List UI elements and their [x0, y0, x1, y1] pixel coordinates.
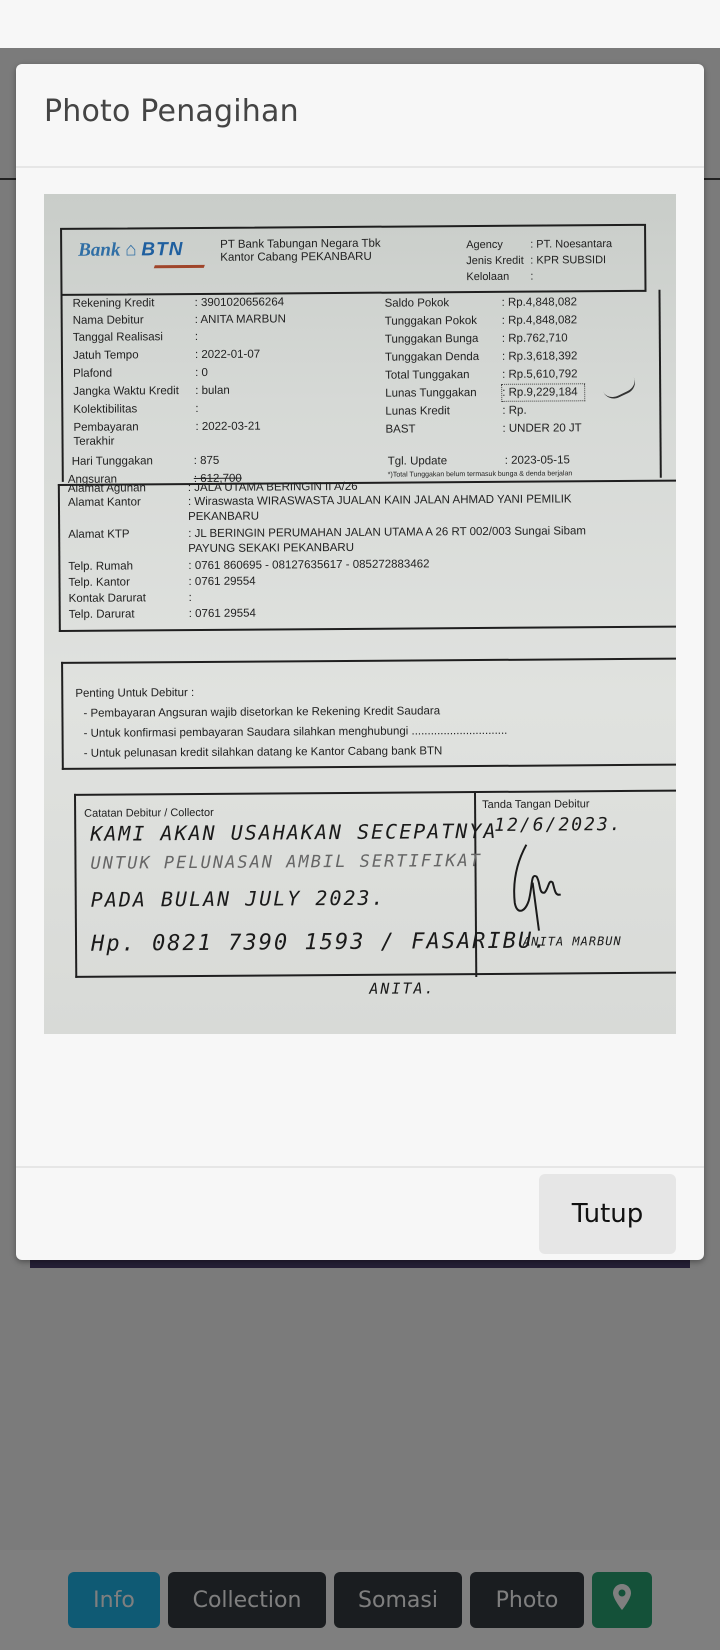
field-label: Plafond: [73, 367, 195, 380]
agency-value: : PT. Noesantara: [530, 238, 612, 251]
modal-header: Photo Penagihan: [16, 64, 704, 168]
handwritten-note-line: UNTUK PELUNASAN AMBIL SERTIFIKAT: [90, 851, 482, 874]
signature-date: 12/6/2023.: [494, 814, 623, 836]
footnote: *)Total Tunggakan belum termasuk bunga &…: [388, 470, 573, 478]
field-label: Kontak Darurat: [69, 591, 189, 607]
handwritten-note-line: KAMI AKAN USAHAKAN SECEPATNYA: [90, 819, 497, 846]
field-value: : 2023-05-15: [505, 454, 570, 466]
field-value: :: [195, 331, 198, 343]
field-label: Jatuh Tempo: [73, 349, 195, 362]
field-label: Telp. Rumah: [68, 559, 188, 575]
modal-title: Photo Penagihan: [44, 94, 676, 129]
checkmark-icon: [601, 374, 639, 403]
notes-signature-section: Catatan Debitur / Collector Tanda Tangan…: [74, 790, 676, 978]
field-value: : Rp.762,710: [502, 332, 568, 344]
field-label: Tunggakan Pokok: [385, 315, 502, 328]
bank-name-line: PT Bank Tabungan Negara Tbk: [220, 238, 381, 252]
field-label: Lunas Kredit: [385, 405, 502, 418]
agency-label: Agency: [466, 237, 530, 253]
loan-info: Rekening Kredit: 3901020656264 Nama Debi…: [61, 290, 662, 482]
field-value: :: [195, 403, 198, 415]
field-value: : Rp.4,848,082: [502, 314, 578, 327]
field-label: Terakhir: [73, 435, 195, 448]
field-value: : 3901020656264: [195, 296, 285, 309]
jenis-kredit-label: Jenis Kredit: [466, 253, 530, 269]
field-label: Nama Debitur: [73, 314, 195, 327]
field-value: : 875: [194, 455, 220, 467]
logo-bank-text: Bank: [78, 240, 120, 261]
catatan-label: Catatan Debitur / Collector: [84, 807, 214, 820]
branch-line: Kantor Cabang PEKANBARU: [220, 251, 381, 265]
kelolaan-label: Kelolaan: [466, 269, 530, 285]
handwritten-note-line: PADA BULAN JULY 2023.: [91, 886, 386, 912]
field-label: Telp. Darurat: [69, 607, 189, 623]
field-label: Saldo Pokok: [385, 297, 502, 310]
app-top-bar: [0, 0, 720, 48]
collection-photo: Bank ⌂ BTN PT Bank Tabungan Negara Tbk K…: [44, 194, 676, 1034]
field-label: Lunas Tunggakan: [385, 387, 502, 400]
close-button[interactable]: Tutup: [539, 1174, 676, 1254]
debtor-notice: Penting Untuk Debitur : - Pembayaran Ang…: [61, 658, 676, 770]
field-value: : ANITA MARBUN: [195, 313, 286, 326]
field-value: : Rp.3,618,392: [502, 350, 578, 363]
logo-swoosh: [154, 265, 205, 268]
jenis-kredit-value: : KPR SUBSIDI: [530, 254, 606, 267]
bank-name: PT Bank Tabungan Negara Tbk Kantor Caban…: [220, 238, 381, 265]
field-value: : Rp.4,848,082: [502, 296, 578, 309]
field-label: Alamat KTP: [68, 527, 188, 543]
field-value: : Wiraswasta WIRASWASTA JUALAN KAIN JALA…: [188, 492, 608, 525]
field-label: Rekening Kredit: [73, 297, 195, 310]
photo-modal: Photo Penagihan Bank ⌂ BTN PT Bank Tabun…: [16, 64, 704, 1260]
kelolaan-value: :: [530, 271, 533, 283]
signature-icon: [508, 842, 579, 932]
field-value: : 0761 29554: [188, 572, 608, 590]
field-value: : bulan: [195, 385, 230, 397]
logo-btn-text: BTN: [141, 239, 183, 260]
header-meta: Agency: PT. Noesantara Jenis Kredit: KPR…: [466, 236, 612, 285]
highlight-box: [501, 383, 585, 402]
field-value: : 0761 860695 - 08127635617 - 0852728834…: [188, 556, 608, 574]
field-label: Alamat Kantor: [68, 495, 188, 511]
field-value: : Rp.5,610,792: [502, 368, 578, 381]
field-label: Telp. Kantor: [68, 575, 188, 591]
field-label: Tunggakan Bunga: [385, 333, 502, 346]
field-label: Tunggakan Denda: [385, 351, 502, 364]
field-value: : 2022-01-07: [195, 349, 260, 361]
notice-item: - Untuk pelunasan kredit silahkan datang…: [76, 740, 676, 764]
house-icon: ⌂: [125, 239, 137, 260]
modal-footer: Tutup: [16, 1168, 704, 1260]
field-label: Hari Tunggakan: [72, 455, 194, 468]
field-value: : 2022-03-21: [195, 421, 260, 433]
btn-logo: Bank ⌂ BTN: [78, 239, 183, 262]
field-value: :: [189, 588, 609, 606]
field-value: : Rp.: [502, 405, 526, 417]
address-section: Alamat Agunan: JALA UTAMA BERINGIN II A/…: [58, 480, 676, 632]
field-label: Tanggal Realisasi: [73, 331, 195, 344]
field-value: : 0761 29554: [189, 604, 609, 622]
document-scan: Bank ⌂ BTN PT Bank Tabungan Negara Tbk K…: [50, 218, 676, 222]
handwritten-note-line: ANITA.: [369, 979, 435, 997]
field-label: Jangka Waktu Kredit: [73, 385, 195, 398]
field-value: : 0: [195, 367, 208, 379]
field-value: : JL BERINGIN PERUMAHAN JALAN UTAMA A 26…: [188, 524, 608, 557]
field-label: Tgl. Update: [388, 455, 505, 468]
field-label: Kolektibilitas: [73, 403, 195, 416]
document-header: Bank ⌂ BTN PT Bank Tabungan Negara Tbk K…: [60, 224, 646, 296]
field-value: : UNDER 20 JT: [502, 422, 581, 435]
field-label: BAST: [385, 423, 502, 436]
field-label: Total Tunggakan: [385, 369, 502, 382]
modal-body: Bank ⌂ BTN PT Bank Tabungan Negara Tbk K…: [16, 168, 704, 1168]
handwritten-note-line: Hp. 0821 7390 1593 / FASARIBU.: [91, 929, 549, 957]
field-label: Pembayaran: [73, 421, 195, 434]
signature-label: Tanda Tangan Debitur: [482, 798, 590, 811]
signer-name: ANITA MARBUN: [523, 934, 622, 949]
